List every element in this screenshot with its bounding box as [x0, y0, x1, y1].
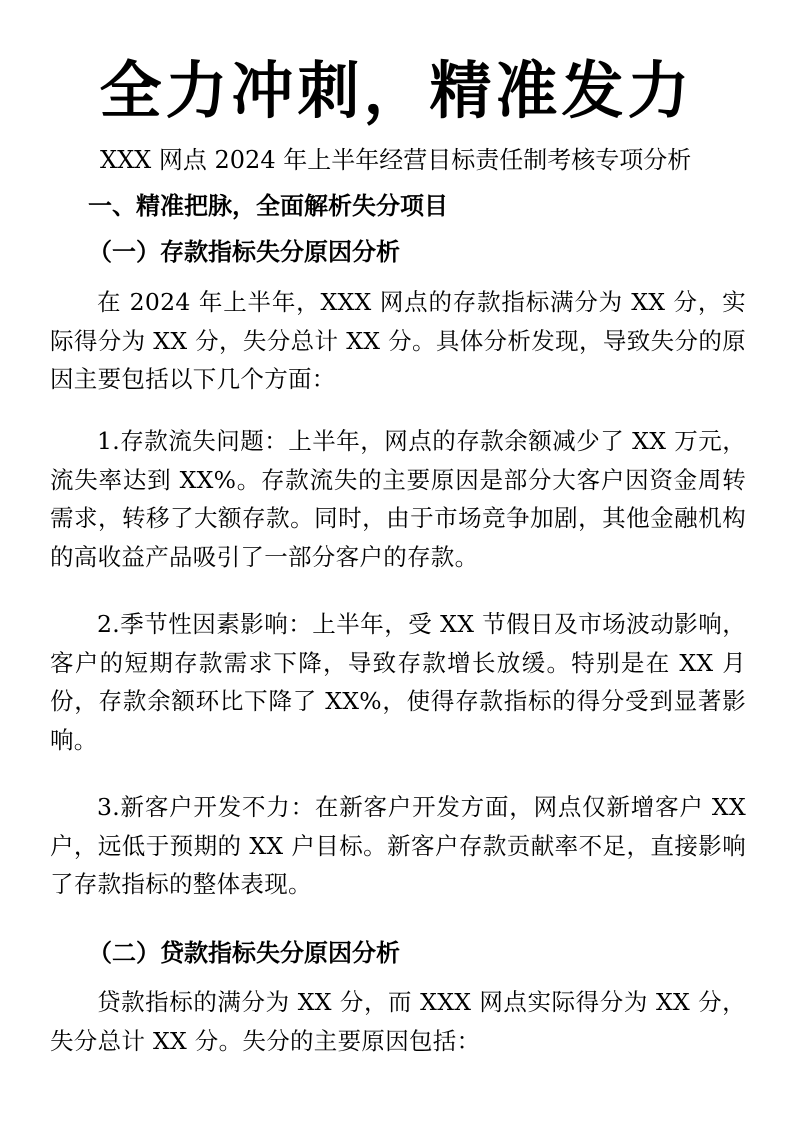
document-title: 全力冲刺，精准发力 [0, 46, 793, 136]
document-subtitle: XXX 网点 2024 年上半年经营目标责任制考核专项分析 [100, 142, 760, 178]
document-page: 全力冲刺，精准发力 XXX 网点 2024 年上半年经营目标责任制考核专项分析 … [0, 0, 793, 1122]
paragraph-point-1: 1.存款流失问题：上半年，网点的存款余额减少了 XX 万元，流失率达到 XX%。… [50, 422, 746, 576]
subsection-heading-deposit: （一）存款指标失分原因分析 [88, 234, 400, 270]
paragraph-point-3: 3.新客户开发不力：在新客户开发方面，网点仅新增客户 XX 户，远低于预期的 X… [50, 788, 746, 904]
subsection-heading-loan: （二）贷款指标失分原因分析 [88, 935, 400, 971]
paragraph-point-2: 2.季节性因素影响：上半年，受 XX 节假日及市场波动影响，客户的短期存款需求下… [50, 605, 746, 759]
paragraph-deposit-intro: 在 2024 年上半年，XXX 网点的存款指标满分为 XX 分，实际得分为 XX… [50, 283, 746, 399]
paragraph-loan-intro: 贷款指标的满分为 XX 分，而 XXX 网点实际得分为 XX 分，失分总计 XX… [50, 983, 746, 1060]
section-heading-1: 一、精准把脉，全面解析失分项目 [88, 188, 448, 224]
